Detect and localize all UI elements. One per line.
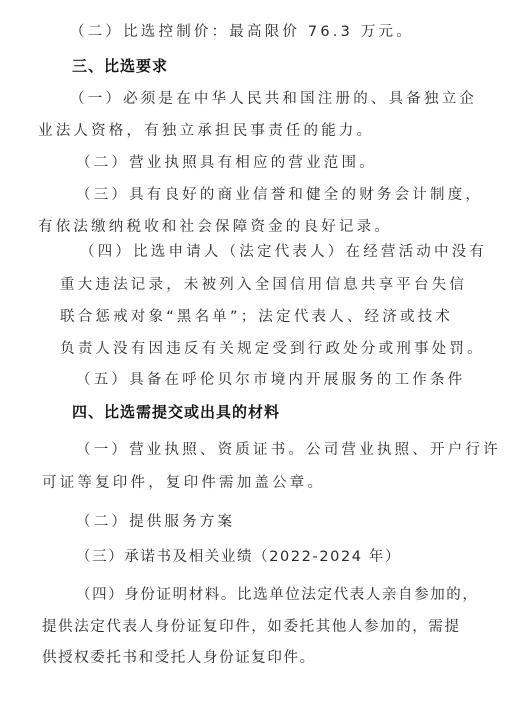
paragraph-line: （三）承诺书及相关业绩（2022-2024 年） xyxy=(76,547,401,567)
paragraph-line: （一）必须是在中华人民共和国注册的、具备独立企 xyxy=(70,89,477,109)
paragraph-control-price: （二）比选控制价：最高限价 76.3 万元。 xyxy=(70,22,414,42)
paragraph-line: （三）具有良好的商业信誉和健全的财务会计制度， xyxy=(76,185,483,205)
paragraph-line: （四）身份证明材料。比选单位法定代表人亲自参加的， xyxy=(76,585,479,605)
paragraph-line: （四）比选申请人（法定代表人）在经营活动中没有 xyxy=(80,242,487,262)
paragraph-line: 联合惩戒对象“黑名单”；法定代表人、经济或技术 xyxy=(60,307,453,327)
paragraph-line: 有依法缴纳税收和社会保障资金的良好记录。 xyxy=(38,217,392,237)
paragraph-line: 供授权委托书和受托人身份证复印件。 xyxy=(42,648,316,668)
paragraph-line: 重大违法记录，未被列入全国信用信息共享平台失信 xyxy=(60,275,467,295)
section-heading-4: 四、比选需提交或出具的材料 xyxy=(72,402,280,422)
section-heading-3: 三、比选要求 xyxy=(72,56,168,76)
paragraph-line: （一）营业执照、资质证书。公司营业执照、开户行许 xyxy=(76,440,501,460)
paragraph-line: 业法人资格，有独立承担民事责任的能力。 xyxy=(38,121,374,141)
paragraph-line: 负责人没有因违反有关规定受到行政处分或刑事处罚。 xyxy=(60,339,485,359)
paragraph-line: （二）提供服务方案 xyxy=(76,512,235,532)
paragraph-line: （二）营业执照具有相应的营业范围。 xyxy=(76,153,377,173)
paragraph-line: 提供法定代表人身份证复印件，如委托其他人参加的，需提 xyxy=(42,617,461,637)
paragraph-line: 可证等复印件，复印件需加盖公章。 xyxy=(42,473,325,493)
paragraph-line: （五）具备在呼伦贝尔市境内开展服务的工作条件 xyxy=(76,370,465,390)
